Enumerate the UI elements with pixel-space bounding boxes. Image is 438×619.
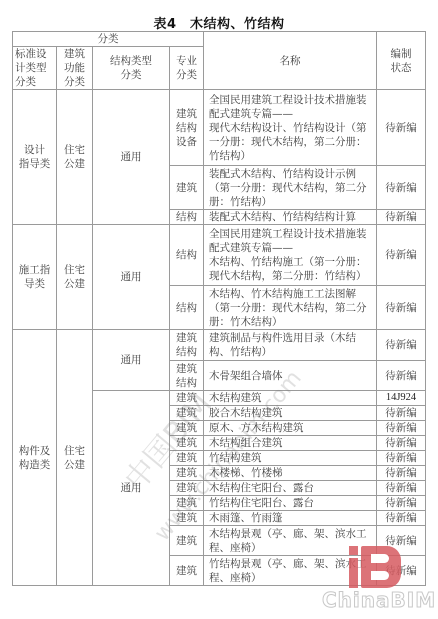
wood-bamboo-structure-table: 分类 名称 编制 状态 标准设 计类型 分类 建筑 功能 分类 结构类型 分类 …: [12, 31, 426, 586]
name-cell: 全国民用建筑工程设计技术措施装配式建筑专篇—— 现代木结构设计、竹结构设计（第一…: [204, 90, 377, 166]
name-cell: 全国民用建筑工程设计技术措施装配式建筑专篇—— 木结构、竹结构施工（第一分册：现…: [204, 225, 377, 286]
standard-type-cell: 施工指 导类: [13, 225, 57, 330]
status-cell: 待新编: [377, 210, 426, 225]
status-cell: 待新编: [377, 496, 426, 511]
status-cell: 待新编: [377, 466, 426, 481]
status-cell: 待新编: [377, 421, 426, 436]
status-cell: 待新编: [377, 451, 426, 466]
name-cell: 木结构建筑: [204, 391, 377, 406]
structure-type-cell: 通用: [93, 90, 170, 225]
discipline-cell: 建筑: [170, 556, 204, 586]
status-cell: 待新编: [377, 166, 426, 210]
discipline-cell: 建筑: [170, 511, 204, 526]
discipline-cell: 结构: [170, 210, 204, 225]
table-row: 施工指 导类 住宅 公建 通用 结构 全国民用建筑工程设计技术措施装配式建筑专篇…: [13, 225, 426, 286]
header-status: 编制 状态: [377, 32, 426, 90]
structure-type-cell: 通用: [93, 225, 170, 330]
status-cell: 14J924: [377, 391, 426, 406]
header-structure-type: 结构类型 分类: [93, 47, 170, 90]
discipline-cell: 建筑: [170, 391, 204, 406]
status-cell: 待新编: [377, 225, 426, 286]
discipline-cell: 建筑 结构: [170, 330, 204, 361]
discipline-cell: 建筑: [170, 406, 204, 421]
discipline-cell: 建筑: [170, 166, 204, 210]
name-cell: 木结构住宅阳台、露台: [204, 481, 377, 496]
name-cell: 原木、方木结构建筑: [204, 421, 377, 436]
status-cell: 待新编: [377, 436, 426, 451]
standard-type-cell: 构件及 构造类: [13, 330, 57, 586]
table-title: 表4 木结构、竹结构: [0, 13, 438, 32]
discipline-cell: 建筑: [170, 421, 204, 436]
header-building-function: 建筑 功能 分类: [57, 47, 93, 90]
discipline-cell: 结构: [170, 225, 204, 286]
structure-type-cell: 通用: [93, 330, 170, 391]
name-cell: 建筑制品与构件选用目录（木结构、竹结构）: [204, 330, 377, 361]
structure-type-cell: 通用: [93, 391, 170, 586]
chinabim-logo-text: ChinaBIM: [322, 588, 436, 612]
standard-type-cell: 设计 指导类: [13, 90, 57, 225]
header-name: 名称: [204, 32, 377, 90]
name-cell: 胶合木结构建筑: [204, 406, 377, 421]
name-cell: 木雨篷、竹雨篷: [204, 511, 377, 526]
name-cell: 竹结构住宅阳台、露台: [204, 496, 377, 511]
discipline-cell: 建筑: [170, 481, 204, 496]
status-cell: 待新编: [377, 286, 426, 330]
building-function-cell: 住宅 公建: [57, 330, 93, 586]
name-cell: 木结构组合建筑: [204, 436, 377, 451]
building-function-cell: 住宅 公建: [57, 90, 93, 225]
header-discipline: 专业 分类: [170, 47, 204, 90]
name-cell: 木楼梯、竹楼梯: [204, 466, 377, 481]
status-cell: 待新编: [377, 481, 426, 496]
discipline-cell: 结构: [170, 286, 204, 330]
table-row: 设计 指导类 住宅 公建 通用 建筑 结构 设备 全国民用建筑工程设计技术措施装…: [13, 90, 426, 166]
status-cell: 待新编: [377, 361, 426, 391]
name-cell: 装配式木结构、竹结构设计示例（第一分册：现代木结构，第二分册：竹结构）: [204, 166, 377, 210]
name-cell: 木骨架组合墙体: [204, 361, 377, 391]
discipline-cell: 建筑: [170, 436, 204, 451]
building-function-cell: 住宅 公建: [57, 225, 93, 330]
header-category-group: 分类: [13, 32, 204, 47]
header-standard-type: 标准设 计类型 分类: [13, 47, 57, 90]
discipline-cell: 建筑: [170, 496, 204, 511]
name-cell: 木结构、竹木结构施工工法图解（第一分册：现代木结构，第二分册：竹木结构）: [204, 286, 377, 330]
name-cell: 装配式木结构、竹结构结构计算: [204, 210, 377, 225]
status-cell: 待新编: [377, 511, 426, 526]
status-cell: 待新编: [377, 330, 426, 361]
discipline-cell: 建筑: [170, 466, 204, 481]
discipline-cell: 建筑: [170, 451, 204, 466]
table-row: 构件及 构造类 住宅 公建 通用 建筑 结构 建筑制品与构件选用目录（木结构、竹…: [13, 330, 426, 361]
discipline-cell: 建筑 结构: [170, 361, 204, 391]
status-cell: 待新编: [377, 90, 426, 166]
discipline-cell: 建筑 结构 设备: [170, 90, 204, 166]
name-cell: 竹结构建筑: [204, 451, 377, 466]
discipline-cell: 建筑: [170, 526, 204, 556]
chinabim-logo-icon: [349, 546, 409, 588]
status-cell: 待新编: [377, 406, 426, 421]
